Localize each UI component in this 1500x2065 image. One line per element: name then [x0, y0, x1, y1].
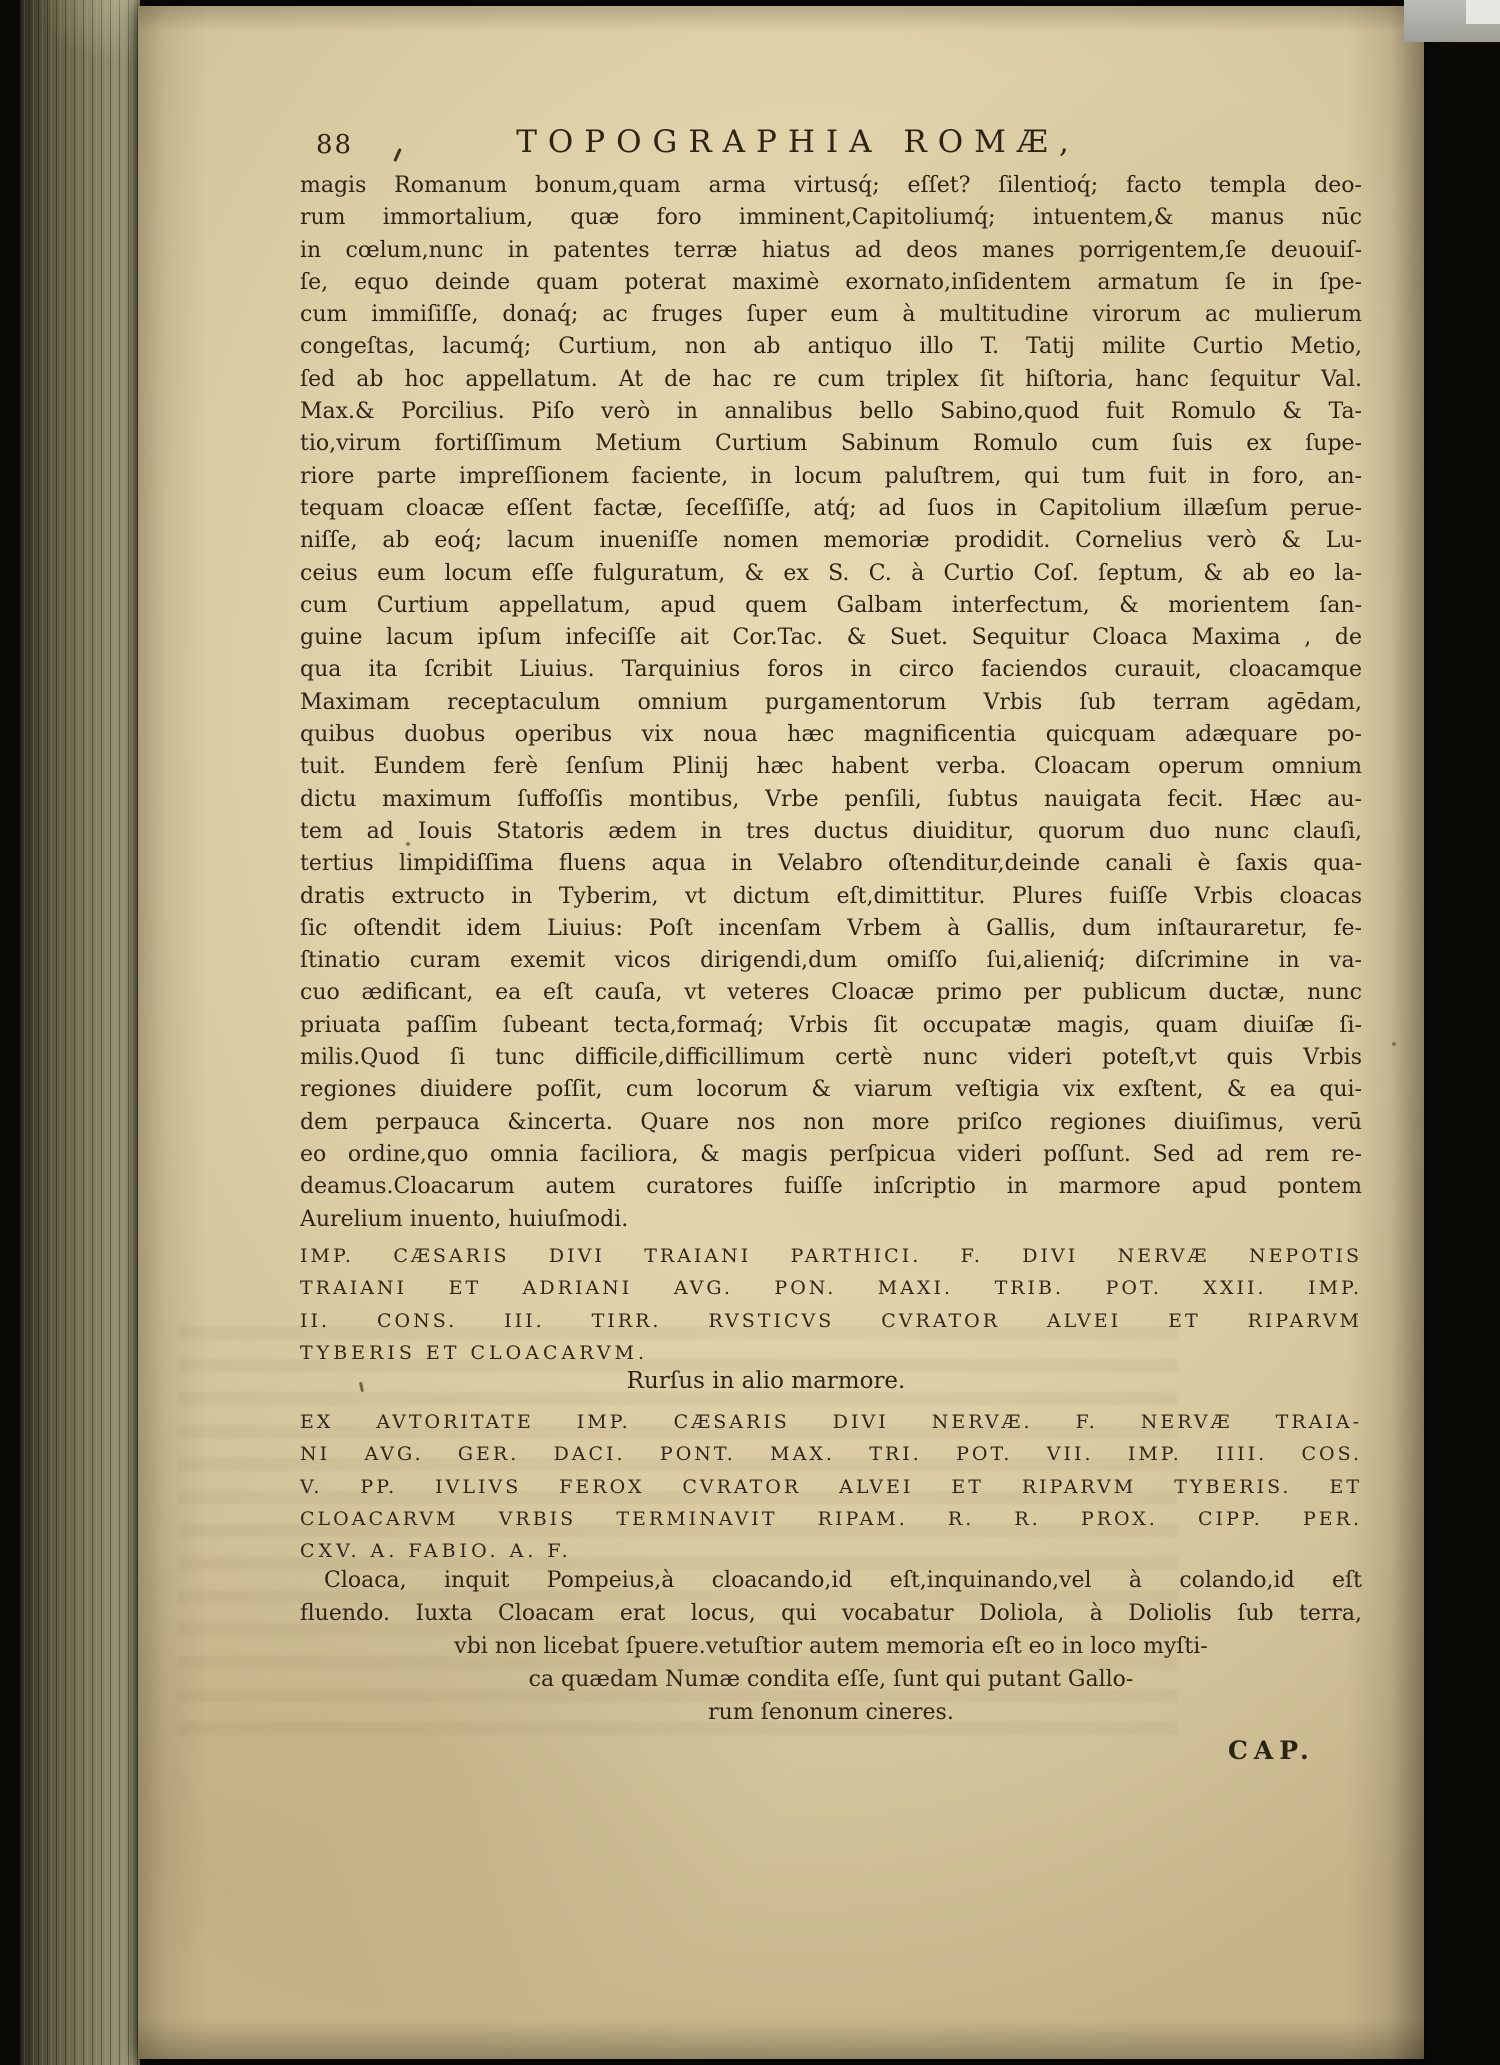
text-line: Max.& Porcilius. Piſo verò in annalibus …: [300, 396, 1362, 428]
catchword: CAP.: [1228, 1736, 1315, 1765]
text-line: cum Curtium appellatum, apud quem Galbam…: [300, 590, 1362, 622]
text-line: dictu maximum ſuffoſſis montibus, Vrbe p…: [300, 784, 1362, 816]
closing-paragraph-justified: Cloaca, inquit Pompeius,à cloacando,id e…: [300, 1564, 1362, 1630]
ink-speck: [406, 842, 410, 846]
text-line: ſic oſtendit idem Liuius: Poſt incenſam …: [300, 913, 1362, 945]
text-line: tequam cloacæ eſſent factæ, ſeceſſiſſe, …: [300, 493, 1362, 525]
inscription-trajan: IMP. CÆSARIS DIVI TRAIANI PARTHICI. F. D…: [300, 1240, 1362, 1369]
book-page-edges-highlight: [20, 0, 140, 150]
text-line: riore parte impreſſionem faciente, in lo…: [300, 461, 1362, 493]
text-line: Aurelium inuento, huiuſmodi.: [300, 1204, 1362, 1236]
text-line: dratis extructo in Tyberim, vt dictum eſ…: [300, 881, 1362, 913]
inscription-line: CXV. A. FABIO. A. F.: [300, 1535, 1362, 1567]
text-line: niſſe, ab eoq́; lacum inueniſſe nomen me…: [300, 525, 1362, 557]
text-line: cuo ædificant, ea eſt cauſa, vt veteres …: [300, 977, 1362, 1009]
inscription-line: EX AVTORITATE IMP. CÆSARIS DIVI NERVÆ. F…: [300, 1406, 1362, 1438]
interlude-caption: Rurſus in alio marmore.: [300, 1368, 1362, 1394]
text-line: Cloaca, inquit Pompeius,à cloacando,id e…: [300, 1564, 1362, 1597]
ink-speck: [1392, 1042, 1396, 1046]
text-line: tertius limpidiſſima fluens aqua in Vela…: [300, 848, 1362, 880]
text-line: quibus duobus operibus vix noua hæc magn…: [300, 719, 1362, 751]
inscription-line: TYBERIS ET CLOACARVM.: [300, 1337, 1362, 1369]
text-line: magis Romanum bonum,quam arma virtusq́; …: [300, 170, 1362, 202]
text-line: tio,virum fortiſſimum Metium Curtium Sab…: [300, 428, 1362, 460]
text-line: Maximam receptaculum omnium purgamentoru…: [300, 687, 1362, 719]
book-page: 88 TOPOGRAPHIA ROMÆ, magis Romanum bonum…: [138, 6, 1424, 2059]
text-line: ca quædam Numæ condita eſſe, ſunt qui pu…: [300, 1663, 1362, 1696]
scanned-book-photo: 88 TOPOGRAPHIA ROMÆ, magis Romanum bonum…: [0, 0, 1500, 2065]
text-line: ſtinatio curam exemit vicos dirigendi,du…: [300, 945, 1362, 977]
text-line: priuata paſſim ſubeant tecta,formaq́; Vr…: [300, 1010, 1362, 1042]
text-line: congeſtas, lacumq́; Curtium, non ab anti…: [300, 331, 1362, 363]
text-line: guine lacum ipſum infeciſſe ait Cor.Tac.…: [300, 622, 1362, 654]
text-line: ceius eum locum eſſe fulguratum, & ex S.…: [300, 558, 1362, 590]
text-line: milis.Quod ſi tunc difficile,difficillim…: [300, 1042, 1362, 1074]
text-line: in cœlum,nunc in patentes terræ hiatus a…: [300, 235, 1362, 267]
text-line: ſe, equo deinde quam poterat maximè exor…: [300, 267, 1362, 299]
running-title: TOPOGRAPHIA ROMÆ,: [268, 124, 1328, 160]
text-line: qua ita ſcribit Liuius. Tarquinius foros…: [300, 654, 1362, 686]
closing-paragraph-taper: vbi non licebat ſpuere.vetuſtior autem m…: [300, 1630, 1362, 1729]
text-line: deamus.Cloacarum autem curatores fuiſſe …: [300, 1171, 1362, 1203]
text-line: ſed ab hoc appellatum. At de hac re cum …: [300, 364, 1362, 396]
text-line: fluendo. Iuxta Cloacam erat locus, qui v…: [300, 1597, 1362, 1630]
scan-background-corner-bright: [1466, 0, 1500, 24]
inscription-line: TRAIANI ET ADRIANI AVG. PON. MAXI. TRIB.…: [300, 1272, 1362, 1304]
text-line: regiones diuidere poſſit, cum locorum & …: [300, 1074, 1362, 1106]
text-line: vbi non licebat ſpuere.vetuſtior autem m…: [300, 1630, 1362, 1663]
text-line: tem ad Iouis Statoris ædem in tres ductu…: [300, 816, 1362, 848]
text-line: rum ſenonum cineres.: [300, 1696, 1362, 1729]
text-line: tuit. Eundem ferè ſenſum Plinij hæc habe…: [300, 751, 1362, 783]
body-paragraph: magis Romanum bonum,quam arma virtusq́; …: [300, 170, 1362, 1236]
inscription-line: CLOACARVM VRBIS TERMINAVIT RIPAM. R. R. …: [300, 1503, 1362, 1535]
inscription-line: IMP. CÆSARIS DIVI TRAIANI PARTHICI. F. D…: [300, 1240, 1362, 1272]
inscription-line: II. CONS. III. TIRR. RVSTICVS CVRATOR AL…: [300, 1305, 1362, 1337]
text-line: eo ordine,quo omnia faciliora, & magis p…: [300, 1139, 1362, 1171]
text-line: cum immiſiſſe, donaq́; ac fruges ſuper e…: [300, 299, 1362, 331]
inscription-line: V. PP. IVLIVS FEROX CVRATOR ALVEI ET RIP…: [300, 1471, 1362, 1503]
text-line: rum immortalium, quæ foro imminent,Capit…: [300, 202, 1362, 234]
book-page-edges: [20, 0, 140, 2065]
text-line: dem perpauca &incerta. Quare nos non mor…: [300, 1107, 1362, 1139]
inscription-line: NI AVG. GER. DACI. PONT. MAX. TRI. POT. …: [300, 1438, 1362, 1470]
inscription-nerva: EX AVTORITATE IMP. CÆSARIS DIVI NERVÆ. F…: [300, 1406, 1362, 1567]
